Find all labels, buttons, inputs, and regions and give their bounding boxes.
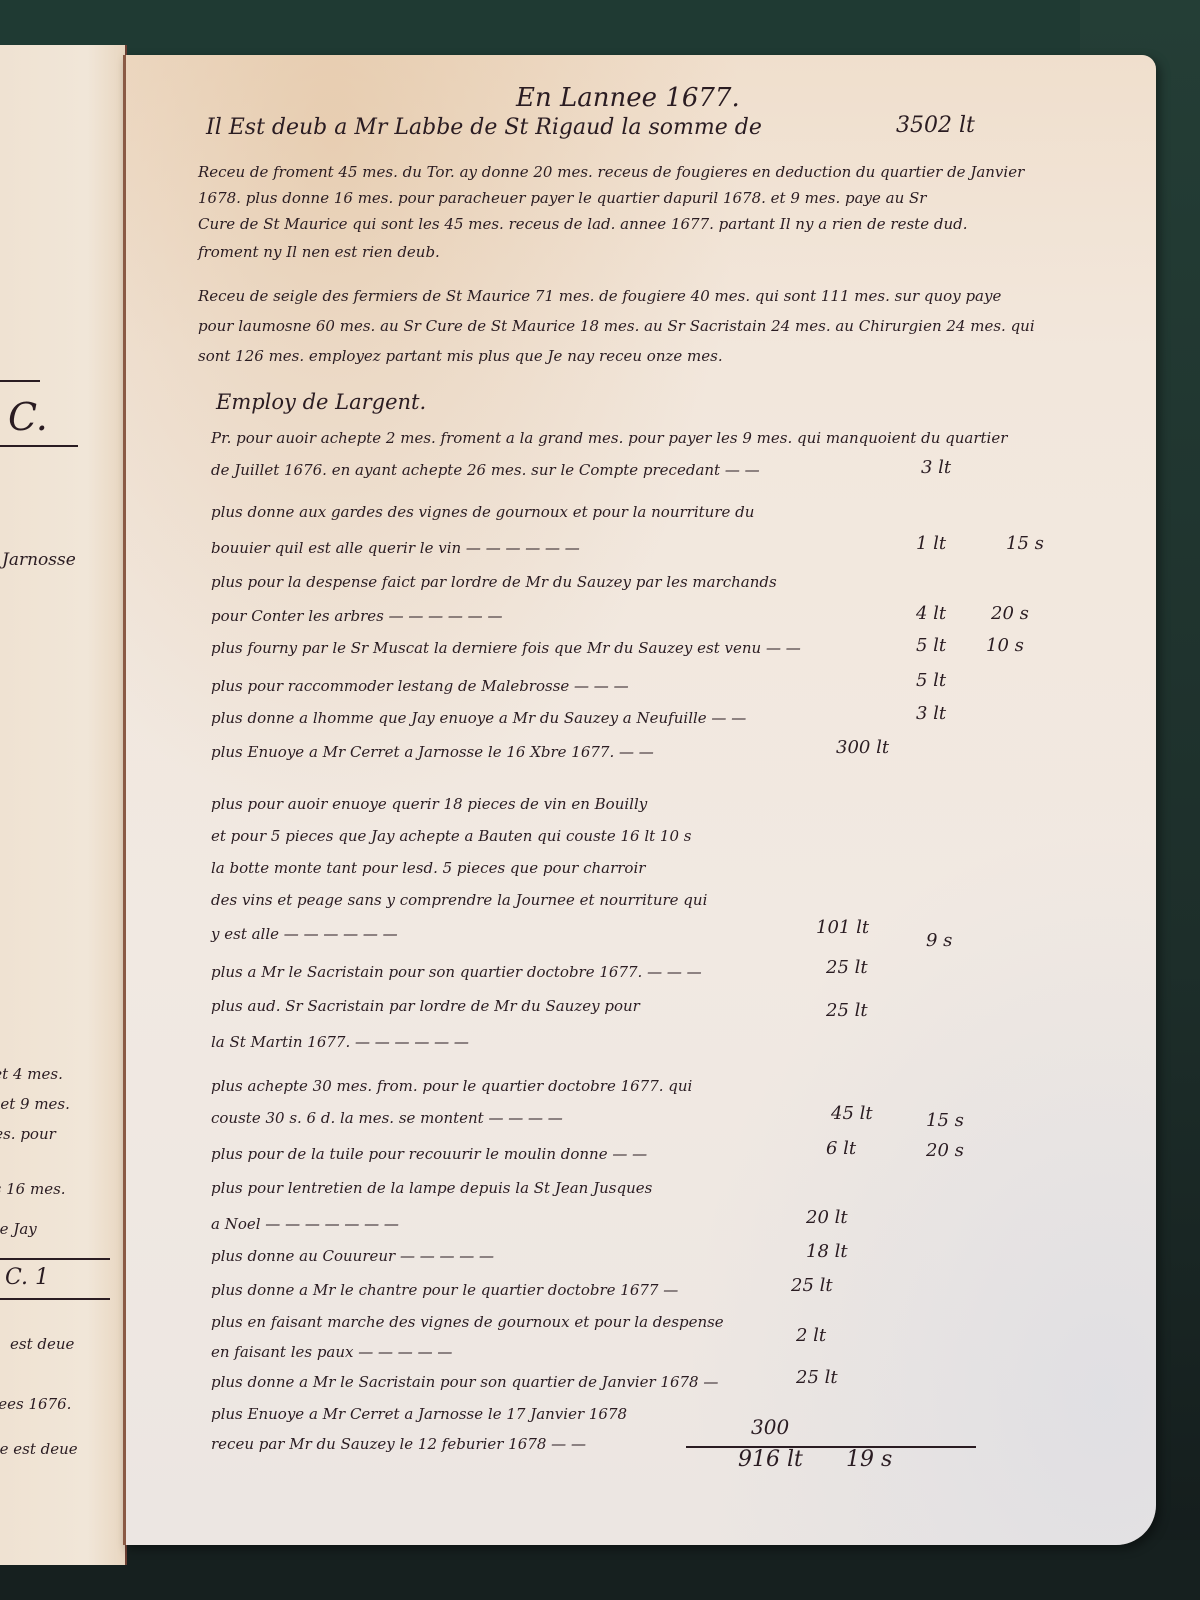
left-page: C. Jarnosse res, et 4 mes. mes. et 9 mes… — [0, 45, 127, 1565]
left-fragment: de est deue — [0, 1440, 78, 1458]
expense-line: plus en faisant marche des vignes de gou… — [211, 1313, 724, 1331]
total-sols: 19 s — [846, 1447, 892, 1472]
left-fragment: les 16 mes. — [0, 1180, 66, 1198]
left-fragment: C. 1 — [5, 1265, 49, 1290]
expense-line: et pour 5 pieces que Jay achepte a Baute… — [211, 827, 691, 845]
ruled-line — [0, 445, 78, 447]
expense-livres: 1 lt — [916, 533, 946, 554]
receipt-line: 1678. plus donne 16 mes. pour paracheuer… — [198, 189, 926, 207]
left-fragment: mes. et 9 mes. — [0, 1095, 70, 1113]
receipt-line: Receu de froment 45 mes. du Tor. ay donn… — [198, 163, 1024, 181]
expense-livres: 4 lt — [916, 603, 946, 624]
left-fragment: ue Jay — [0, 1220, 37, 1238]
expense-line: plus donne au Couureur — — — — — — [211, 1247, 494, 1265]
dark-background-bottom — [0, 1540, 1200, 1600]
expense-sols: 15 s — [926, 1110, 964, 1131]
expense-sols: 10 s — [986, 635, 1024, 656]
left-fragment: C. — [8, 395, 48, 439]
expense-line: de Juillet 1676. en ayant achepte 26 mes… — [211, 461, 760, 479]
expense-line: plus Enuoye a Mr Cerret a Jarnosse le 16… — [211, 743, 654, 761]
expense-line: plus pour lentretien de la lampe depuis … — [211, 1179, 652, 1197]
left-fragment: Jarnosse — [2, 550, 76, 570]
left-fragment: mes. pour — [0, 1125, 56, 1143]
expense-livres: 5 lt — [916, 635, 946, 656]
expense-line: plus pour auoir enuoye querir 18 pieces … — [211, 795, 647, 813]
expense-livres: 101 lt — [816, 917, 869, 938]
receipt-line: pour laumosne 60 mes. au Sr Cure de St M… — [198, 317, 1035, 335]
expense-line: plus pour la despense faict par lordre d… — [211, 573, 777, 591]
left-fragment: est deue — [10, 1335, 74, 1353]
expense-line: plus donne a lhomme que Jay enuoye a Mr … — [211, 709, 746, 727]
receipt-line: sont 126 mes. employez partant mis plus … — [198, 347, 723, 365]
receipt-line: Receu de seigle des fermiers de St Mauri… — [198, 287, 1001, 305]
expense-livres: 3 lt — [916, 703, 946, 724]
expense-line: en faisant les paux — — — — — — [211, 1343, 452, 1361]
total-rule — [686, 1446, 976, 1448]
expense-line: plus donne a Mr le chantre pour le quart… — [211, 1281, 678, 1299]
expense-line: plus achepte 30 mes. from. pour le quart… — [211, 1077, 692, 1095]
expense-line: plus donne a Mr le Sacristain pour son q… — [211, 1373, 718, 1391]
expense-livres: 6 lt — [826, 1138, 856, 1159]
expense-line: a Noel — — — — — — — — [211, 1215, 399, 1233]
expense-line: des vins et peage sans y comprendre la J… — [211, 891, 707, 909]
expense-livres: 3 lt — [921, 457, 951, 478]
expense-line: la botte monte tant pour lesd. 5 pieces … — [211, 859, 645, 877]
expense-line: plus donne aux gardes des vignes de gour… — [211, 503, 754, 521]
receipt-line: froment ny Il nen est rien deub. — [198, 243, 440, 261]
expense-line: plus aud. Sr Sacristain par lordre de Mr… — [211, 997, 640, 1015]
expense-line: y est alle — — — — — — — [211, 925, 398, 943]
left-fragment: res, et 4 mes. — [0, 1065, 63, 1083]
receipt-line: Cure de St Maurice qui sont les 45 mes. … — [198, 215, 967, 233]
expense-line: receu par Mr du Sauzey le 12 feburier 16… — [211, 1435, 586, 1453]
expense-livres: 300 — [751, 1415, 789, 1439]
ruled-line — [0, 1298, 110, 1300]
ruled-line — [0, 1258, 110, 1260]
total-livres: 916 lt — [738, 1447, 803, 1472]
expense-line: plus a Mr le Sacristain pour son quartie… — [211, 963, 702, 981]
expense-line: pour Conter les arbres — — — — — — — [211, 607, 502, 625]
expense-livres: 25 lt — [791, 1275, 833, 1296]
expense-livres: 25 lt — [826, 1000, 868, 1021]
expense-livres: 2 lt — [796, 1325, 826, 1346]
expense-line: plus Enuoye a Mr Cerret a Jarnosse le 17… — [211, 1405, 627, 1423]
expense-livres: 25 lt — [826, 957, 868, 978]
ruled-line — [0, 380, 40, 382]
left-fragment: annees 1676. — [0, 1395, 71, 1413]
header-title: Il Est deub a Mr Labbe de St Rigaud la s… — [206, 115, 762, 140]
expense-sols: 20 s — [991, 603, 1029, 624]
header-amount: 3502 lt — [896, 113, 975, 138]
header-year: En Lannee 1677. — [516, 83, 740, 113]
expense-livres: 45 lt — [831, 1103, 873, 1124]
expense-line: plus fourny par le Sr Muscat la derniere… — [211, 639, 801, 657]
section-title: Employ de Largent. — [216, 390, 426, 414]
expense-livres: 18 lt — [806, 1241, 848, 1262]
expense-line: la St Martin 1677. — — — — — — — [211, 1033, 469, 1051]
expense-livres: 25 lt — [796, 1367, 838, 1388]
expense-livres: 20 lt — [806, 1207, 848, 1228]
expense-line: plus pour raccommoder lestang de Malebro… — [211, 677, 629, 695]
ledger-page: En Lannee 1677. Il Est deub a Mr Labbe d… — [123, 55, 1156, 1545]
expense-line: bouuier quil est alle querir le vin — — … — [211, 539, 580, 557]
expense-sols: 15 s — [1006, 533, 1044, 554]
expense-line: couste 30 s. 6 d. la mes. se montent — —… — [211, 1109, 563, 1127]
expense-livres: 300 lt — [836, 737, 889, 758]
expense-sols: 9 s — [926, 930, 952, 951]
expense-line: Pr. pour auoir achepte 2 mes. froment a … — [211, 429, 1007, 447]
expense-line: plus pour de la tuile pour recouurir le … — [211, 1145, 647, 1163]
expense-livres: 5 lt — [916, 670, 946, 691]
expense-sols: 20 s — [926, 1140, 964, 1161]
